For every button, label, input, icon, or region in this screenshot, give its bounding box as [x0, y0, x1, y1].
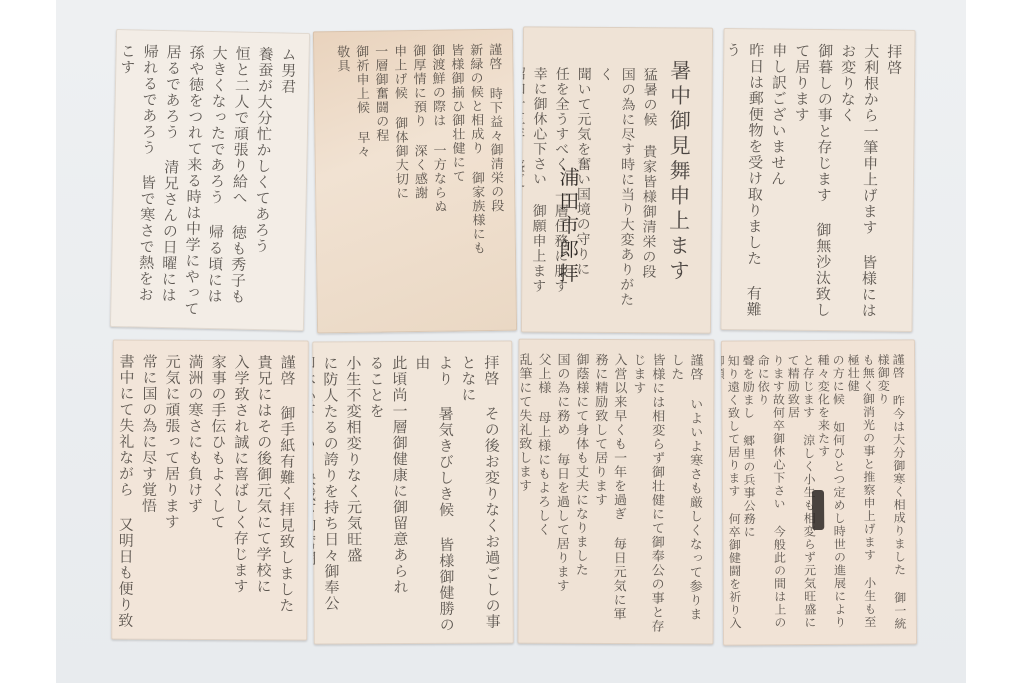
text-line: 入学致され誠に喜ばしく存じます — [228, 354, 252, 630]
handwritten-text: 謹啓 御手紙有難く拝見致しました 貴兄にはその後御元気にて学校に 入学致され誠に… — [121, 354, 298, 631]
text-line: 謹啓 時下益々御清栄の段 — [484, 43, 507, 321]
text-line: 知り遠く致して居ります 何卒御健闘を祈り入御願 — [721, 355, 742, 636]
handwritten-text: ム男君 養蚕が大分忙かしくてあろう 恒と二人で頑張り給へ 徳も秀子も 大きくなっ… — [120, 43, 300, 321]
text-line: 此頃尚一層御健康に御留意あられ — [387, 355, 411, 634]
text-line: 幸に御休心下さい 御願申上ます — [527, 66, 551, 306]
text-line: 御暮しの事と存じます 御無沙汰致して居ります — [788, 43, 837, 321]
text-line: 小生不変相変りなく元気旺盛 — [341, 355, 365, 634]
text-line: 謹啓 いよいよ寒さも厳しくなって参りました — [666, 353, 705, 634]
text-line: 猛暑の候 貴家皆様御清栄の段 — [637, 67, 661, 307]
text-line: 謹啓 昨今は大分御寒く相成りました 御一統様御変り — [875, 353, 907, 634]
text-line: 父上様 母上様にもよろしく — [533, 353, 553, 634]
text-line: 元気に頑張って居ります — [159, 354, 183, 630]
postcard-top-2: 謹啓 時下益々御清栄の段 新緑の候と相成り 御家族様にも 皆様御揃ひ御壮健にて … — [313, 29, 517, 334]
text-line: 貴兄にはその後御元気にて学校に — [251, 354, 275, 630]
handwritten-text: 拝啓 その後お変りなくお過ごしの事となに より 暑気きびしき候 皆様御健勝の由 … — [322, 355, 503, 635]
text-line: 満洲の寒さにも負けず — [182, 354, 206, 630]
text-line: 謹啓 御手紙有難く拝見致しました — [274, 354, 298, 630]
text-line: 皆様には相変らず御壮健にて御奉公の事と存じます — [628, 353, 667, 634]
text-line: 書中にて失礼ながら 又明日も便り致します — [111, 353, 137, 629]
text-line: 新緑の候と相成り 御家族様にも — [465, 43, 488, 321]
text-line: 帰れるであろう 皆で寒さで熱をおこす — [110, 43, 162, 318]
text-line: より 暑気きびしき候 皆様御健勝の由 — [410, 355, 457, 634]
text-line: 乱筆にて失礼致します — [517, 353, 533, 634]
postcard-top-3: 暑中御見舞申上ます 猛暑の候 貴家皆様御清栄の段 国の為に尽す時に当り大変ありが… — [521, 26, 713, 333]
postcard-top-1: ム男君 養蚕が大分忙かしくてあろう 恒と二人で頑張り給へ 徳も秀子も 大きくなっ… — [110, 29, 310, 331]
text-line: 昨日は郵便物を受け取りました 有難う — [720, 42, 767, 320]
postcard-bottom-3: 謹啓 いよいよ寒さも厳しくなって参りました 皆様には相変らず御壮健にて御奉公の事… — [517, 339, 714, 645]
text-line: 拝啓 その後お変りなくお過ごしの事となに — [456, 355, 503, 634]
text-line: に防人たるの誇りを持ち日々御奉公 — [318, 355, 342, 634]
text-line: 皆様御揃ひ御壮健にて — [446, 43, 469, 321]
card-title: 暑中御見舞申上ます — [663, 59, 695, 284]
postcard-bottom-2: 拝啓 その後お変りなくお過ごしの事となに より 暑気きびしき候 皆様御健勝の由 … — [312, 340, 514, 644]
text-line: 一層御奮闘の程 — [370, 44, 393, 322]
text-line: 聲を励まし 郷里の兵事公務に — [740, 354, 757, 635]
postcard-bottom-4: 謹啓 昨今は大分御寒く相成りました 御一統様御変り も無く御消光の事と推察申上げ… — [721, 339, 917, 645]
text-line: 国の為に務め 毎日を過して居ります — [552, 353, 572, 634]
text-line: も無く御消光の事と推察申上げます 小生も至極壮健 — [845, 354, 877, 635]
text-line: 家事の手伝ひもよくして — [205, 354, 229, 630]
text-line: 常に国の為に尽す覚悟 — [136, 354, 160, 630]
signature: 浦田市郎拝 — [553, 167, 583, 287]
postcard-bottom-1: 謹啓 御手紙有難く拝見致しました 貴兄にはその後御元気にて学校に 入学致され誠に… — [111, 339, 309, 640]
text-line: 御渡鮮の際は 一方ならぬ — [427, 44, 450, 322]
text-line: ることを — [364, 355, 388, 634]
handwritten-text: 謹啓 いよいよ寒さも厳しくなって参りました 皆様には相変らず御壮健にて御奉公の事… — [528, 353, 705, 635]
text-line: 御蔭様にて身体も丈夫になりました — [571, 353, 591, 634]
postcard-top-4: 拝啓 大利根から一筆申上げます 皆様にはお変りなく 御暮しの事と存じます 御無沙… — [720, 28, 915, 332]
text-line: ります故何卒御休心下さい 今般此の間は上の命に依り — [755, 354, 787, 635]
text-line: 大利根から一筆申上げます 皆様にはお変りなく — [834, 43, 883, 321]
text-line: 拝啓 — [880, 44, 906, 322]
ink-redaction-mark — [812, 490, 824, 530]
text-line: 申上げ候 御体御大切に — [389, 44, 412, 322]
handwritten-text: 謹啓 時下益々御清栄の段 新緑の候と相成り 御家族様にも 皆様御揃ひ御壮健にて … — [323, 43, 507, 323]
text-line: 国の為に尽す時に当り大変ありがたく — [593, 67, 639, 307]
handwritten-text: 拝啓 大利根から一筆申上げます 皆様にはお変りなく 御暮しの事と存じます 御無沙… — [731, 42, 906, 322]
text-line: 御祈申上候 早々 — [351, 45, 374, 323]
text-line: 申し訳ございません — [765, 42, 791, 320]
text-line: 御厚情に預り 深く感謝 — [408, 44, 431, 322]
text-line: 入営以来早くも一年を過ぎ 毎日元気に軍務に精励致して居ります — [590, 353, 629, 634]
